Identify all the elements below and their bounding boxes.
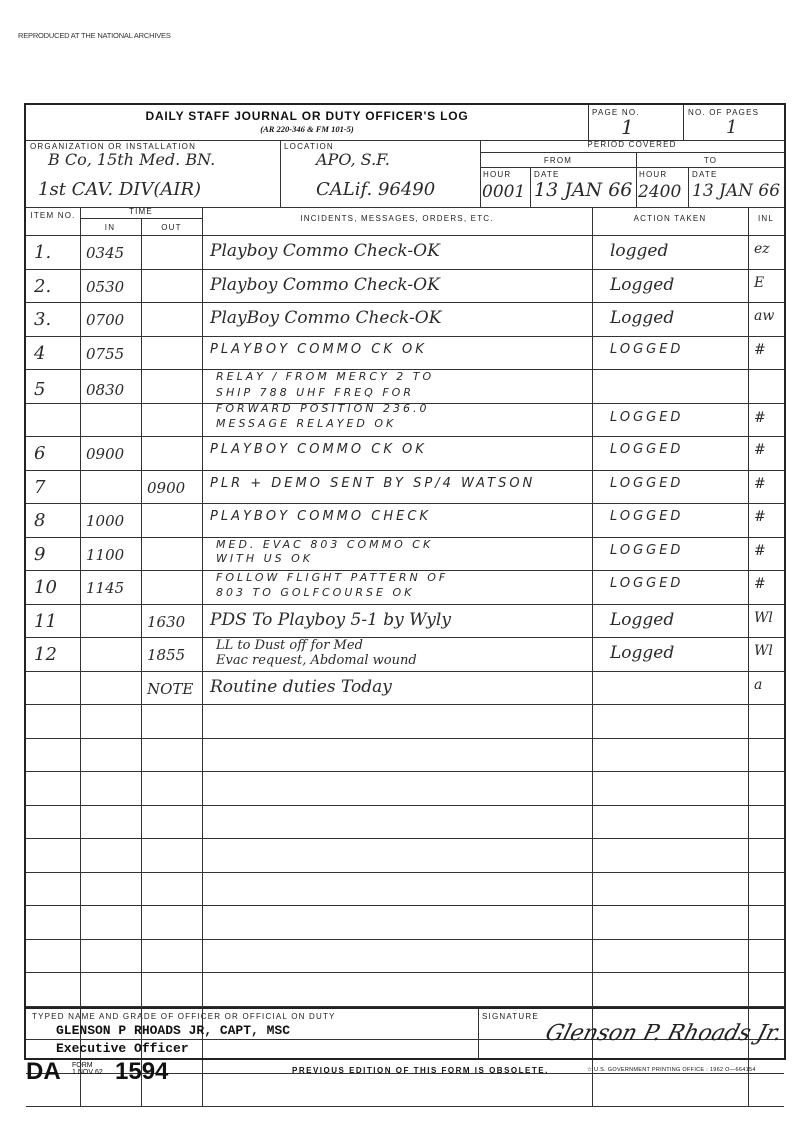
incident-text: PLAYBOY COMMO CK OK [210, 342, 427, 357]
log-entry-row: 2.0530Playboy Commo Check-OKLoggedE [26, 269, 784, 303]
log-entry-row: 101145FOLLOW FLIGHT PATTERN OF803 TO GOL… [26, 570, 784, 604]
to-label: TO [637, 156, 784, 165]
form-subtitle: (AR 220-346 & FM 101-5) [26, 124, 588, 134]
initials: Wl [754, 643, 773, 659]
grid-row-line [26, 905, 784, 906]
from-date-value: 13 JAN 66 [534, 179, 632, 201]
form-date: 1 NOV 62 [72, 1069, 103, 1076]
incident-text: Playboy Commo Check-OK [210, 275, 440, 295]
journal-form: DAILY STAFF JOURNAL OR DUTY OFFICER'S LO… [24, 103, 786, 1008]
initials: # [754, 442, 766, 458]
incident-text-line: FORWARD POSITION 236.0 [216, 402, 429, 415]
time-in: 0530 [86, 278, 124, 296]
signature: Glenson P. Rhoads Jr. [543, 1021, 785, 1046]
incident-text-line: 803 TO GOLFCOURSE OK [216, 586, 414, 599]
time-in: 1145 [86, 579, 124, 597]
action-taken: Logged [610, 610, 674, 630]
initials: ez [754, 241, 770, 257]
incident-text: PLAYBOY COMMO CK OK [210, 442, 427, 457]
item-number: 11 [34, 611, 57, 632]
action-taken: logged [610, 241, 668, 261]
log-entry-row: 40755PLAYBOY COMMO CK OKLOGGED# [26, 336, 784, 370]
time-in: 0755 [86, 345, 124, 363]
action-taken: Logged [610, 308, 674, 328]
from-date-label: DATE [534, 170, 560, 179]
incident-text: PLR + DEMO SENT BY SP/4 WATSON [210, 476, 535, 491]
typed-name-label: TYPED NAME AND GRADE OF OFFICER OR OFFIC… [32, 1012, 336, 1021]
incident-text-line: Evac request, Abdomal wound [216, 653, 417, 668]
item-number: 2. [34, 276, 51, 297]
archive-stamp: REPRODUCED AT THE NATIONAL ARCHIVES [18, 31, 171, 40]
incident-text-line: SHIP 788 UHF FREQ FOR [216, 386, 414, 399]
time-out: 1630 [147, 613, 185, 631]
time-out: 1855 [147, 646, 185, 664]
time-out: 0900 [147, 479, 185, 497]
action-taken: LOGGED [610, 442, 683, 457]
grid-row-line [26, 805, 784, 806]
from-label: FROM [480, 156, 636, 165]
grid-row-line [26, 838, 784, 839]
to-date-value: 13 JAN 66 [692, 181, 780, 201]
log-entry-row: NOTERoutine duties Todaya [26, 671, 784, 705]
page-no-value: 1 [621, 115, 634, 139]
period-covered-label: PERIOD COVERED [480, 140, 784, 149]
from-hour-value: 0001 [482, 182, 525, 202]
initials: # [754, 543, 766, 559]
item-number: 5 [34, 379, 45, 400]
log-entry-row: 3.0700PlayBoy Commo Check-OKLoggedaw [26, 302, 784, 336]
initials: # [754, 576, 766, 592]
action-taken: LOGGED [610, 342, 683, 357]
time-in: 0700 [86, 311, 124, 329]
item-number: 1. [34, 242, 51, 263]
typed-name: GLENSON P RHOADS JR, CAPT, MSC [56, 1023, 290, 1038]
time-in: 1100 [86, 546, 124, 564]
action-taken: LOGGED [610, 543, 683, 558]
location-line1: APO, S.F. [316, 150, 390, 169]
action-taken: LOGGED [610, 476, 683, 491]
item-number: 4 [34, 343, 45, 364]
grid-row-line [26, 771, 784, 772]
organization-line2: 1st CAV. DIV(AIR) [38, 179, 201, 200]
item-number: 9 [34, 544, 45, 565]
initials: aw [754, 308, 774, 324]
initials: # [754, 476, 766, 492]
no-of-pages-label: NO. OF PAGES [688, 108, 759, 117]
form-label: FORM1 NOV 62 [72, 1062, 103, 1076]
typed-name-block: TYPED NAME AND GRADE OF OFFICER OR OFFIC… [24, 1008, 786, 1060]
incident-text-line: WITH US OK [216, 552, 313, 565]
action-taken: LOGGED [610, 509, 683, 524]
grid-row-line [26, 972, 784, 973]
incident-text: PLAYBOY COMMO CHECK [210, 509, 431, 524]
log-entry-row: 81000PLAYBOY COMMO CHECKLOGGED# [26, 503, 784, 537]
incident-text: PDS To Playboy 5-1 by Wyly [210, 610, 451, 630]
initials: # [754, 410, 766, 426]
item-number: 6 [34, 443, 45, 464]
grid-row-line [26, 1106, 784, 1107]
incident-text-line: LL to Dust off for Med [216, 638, 363, 653]
grid-row-line [26, 738, 784, 739]
item-number: 10 [34, 577, 57, 598]
form-title: DAILY STAFF JOURNAL OR DUTY OFFICER'S LO… [26, 109, 588, 123]
log-entry-row: 121855LL to Dust off for MedEvac request… [26, 637, 784, 671]
initials: E [754, 275, 764, 291]
obsolete-notice: PREVIOUS EDITION OF THIS FORM IS OBSOLET… [292, 1066, 549, 1075]
incidents-header: INCIDENTS, MESSAGES, ORDERS, ETC. [202, 214, 592, 223]
location-line2: CALif. 96490 [316, 179, 435, 200]
incident-text: PlayBoy Commo Check-OK [210, 308, 441, 328]
item-number: 12 [34, 644, 57, 665]
incident-text-line: RELAY / FROM MERCY 2 TO [216, 370, 434, 383]
time-in: 0900 [86, 445, 124, 463]
item-number: 7 [34, 477, 45, 498]
time-header: TIME [80, 207, 202, 216]
time-in-header: IN [80, 223, 140, 232]
incident-text-line: MESSAGE RELAYED OK [216, 417, 396, 430]
organization-line1: B Co, 15th Med. BN. [48, 150, 215, 169]
incident-text: Routine duties Today [210, 677, 392, 697]
form-word: FORM [72, 1062, 93, 1069]
log-entry-row: 111630PDS To Playboy 5-1 by WylyLoggedWl [26, 604, 784, 638]
grid-row-line [26, 704, 784, 705]
typed-title: Executive Officer [56, 1041, 189, 1056]
action-taken: Logged [610, 643, 674, 663]
action-taken: LOGGED [610, 576, 683, 591]
to-hour-value: 2400 [638, 182, 681, 202]
log-entry-row: 60900PLAYBOY COMMO CK OKLOGGED# [26, 436, 784, 470]
from-hour-label: HOUR [483, 170, 511, 179]
log-entry-row: 91100MED. EVAC 803 COMMO CKWITH US OKLOG… [26, 537, 784, 571]
time-in: 0830 [86, 381, 124, 399]
grid-row-line [26, 872, 784, 873]
action-taken: Logged [610, 275, 674, 295]
time-out-header: OUT [141, 223, 202, 232]
to-hour-label: HOUR [639, 170, 667, 179]
log-entry-row: 1.0345Playboy Commo Check-OKloggedez [26, 235, 784, 269]
time-in: 1000 [86, 512, 124, 530]
form-prefix: DA [26, 1058, 61, 1086]
action-header: ACTION TAKEN [592, 214, 748, 223]
initials-header: INL [748, 214, 784, 223]
initials: # [754, 342, 766, 358]
initials: Wl [754, 610, 773, 626]
time-out: NOTE [147, 680, 193, 698]
item-number: 3. [34, 309, 51, 330]
no-of-pages-value: 1 [726, 117, 737, 138]
time-in: 0345 [86, 244, 124, 262]
item-no-header: ITEM NO. [26, 211, 80, 221]
to-date-label: DATE [692, 170, 718, 179]
grid-row-line [26, 939, 784, 940]
grid-row-line [26, 1006, 784, 1007]
log-entry-row: 50830RELAY / FROM MERCY 2 TOSHIP 788 UHF… [26, 369, 784, 436]
form-number: 1594 [115, 1058, 168, 1086]
incident-text-line: FOLLOW FLIGHT PATTERN OF [216, 571, 448, 584]
initials: # [754, 509, 766, 525]
item-number: 8 [34, 510, 45, 531]
incident-text: Playboy Commo Check-OK [210, 241, 440, 261]
signature-label: SIGNATURE [482, 1012, 539, 1021]
action-taken: LOGGED [610, 410, 683, 425]
incident-text-line: MED. EVAC 803 COMMO CK [216, 538, 433, 551]
log-entry-row: 70900PLR + DEMO SENT BY SP/4 WATSONLOGGE… [26, 470, 784, 504]
initials: a [754, 677, 762, 693]
printing-office: ☆ U.S. GOVERNMENT PRINTING OFFICE : 1962… [587, 1067, 756, 1073]
